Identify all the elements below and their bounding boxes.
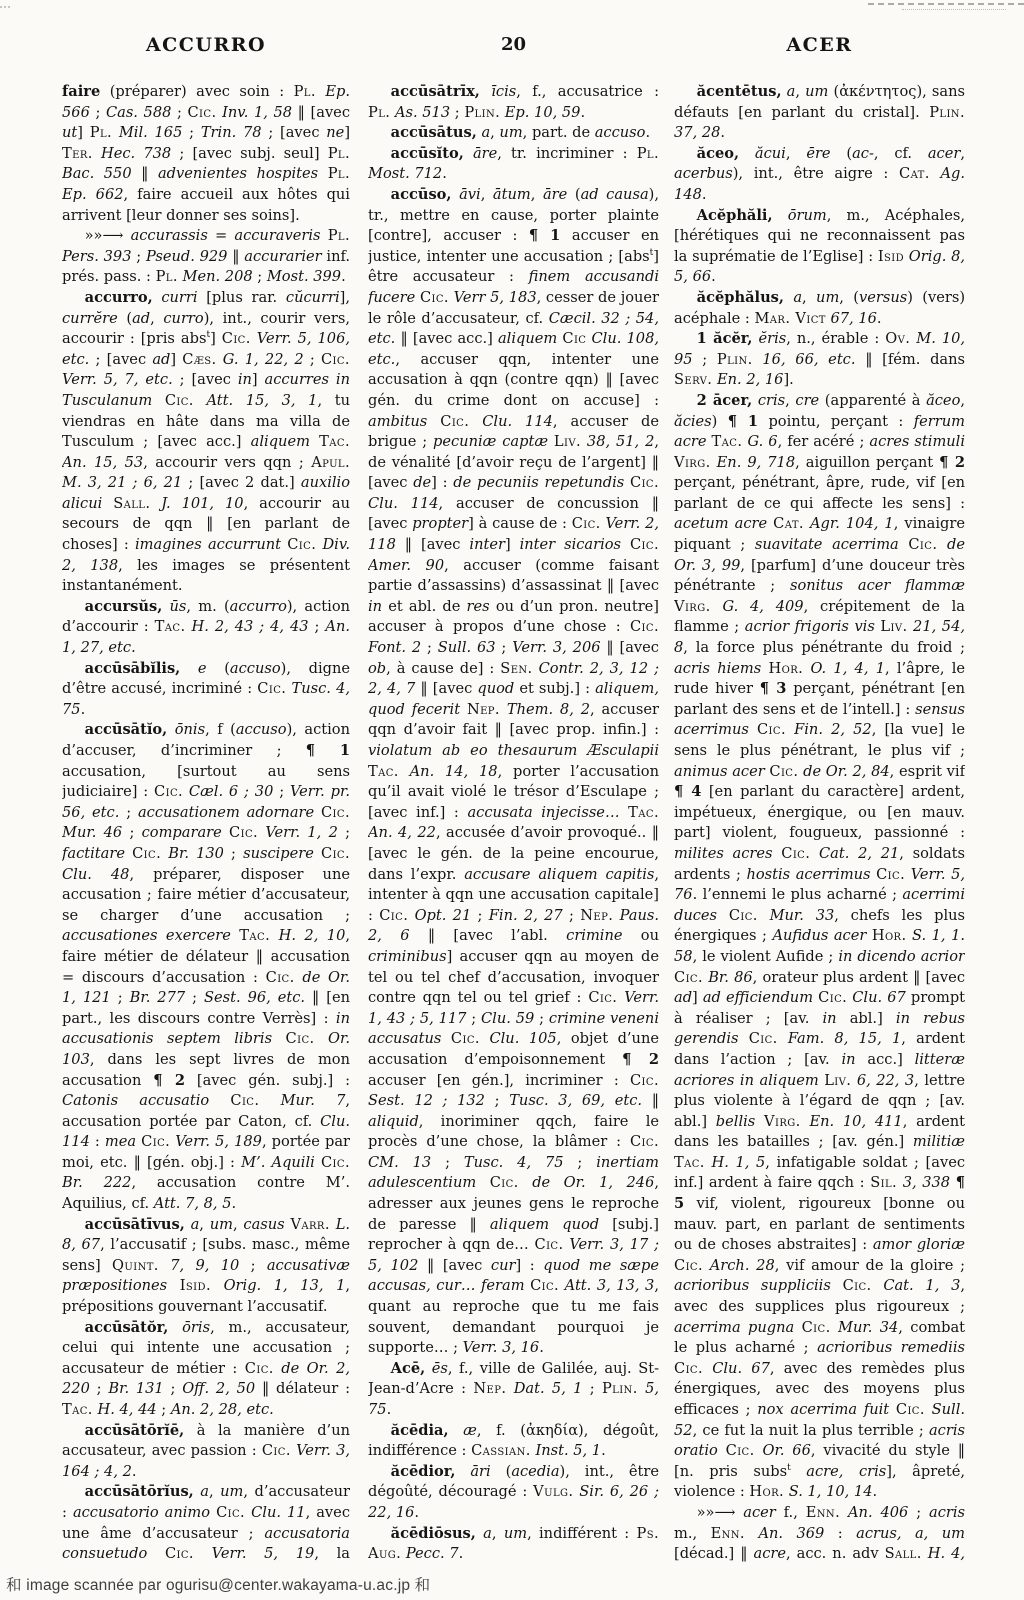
entry-acer-1: 1 ăcĕr, ĕris, n., érable : Ov. M. 10, 95… xyxy=(674,329,965,391)
running-head-right: ACER xyxy=(674,34,965,56)
entry-accurro: accurro, curri [plus rar. cŭcurri], curr… xyxy=(62,288,350,597)
text-column-3: ăcentētus, a, um (ἀκέντητος), sans défau… xyxy=(674,82,965,1564)
entry-accusator: accūsātŏr, ōris, m., accusateur, celui q… xyxy=(62,1318,350,1421)
entry-accuro-continuation: faire (préparer) avec soin : Pl. Ep. 566… xyxy=(62,82,350,226)
note-accurassis: »»⟶ accurassis = accuraveris Pl. Pers. 3… xyxy=(62,226,350,288)
scan-artifact-line xyxy=(0,6,10,8)
page-number: 20 xyxy=(368,34,659,55)
text-column-1: faire (préparer) avec soin : Pl. Ep. 566… xyxy=(62,82,350,1564)
entry-acediosus: ăcēdiōsus, a, um, indifférent : Ps. Aug.… xyxy=(368,1524,659,1564)
entry-accuso: accūso, āvi, ātum, āre (ad causa), tr., … xyxy=(368,185,659,1359)
text-column-2: accūsātrīx, īcis, f., accusatrice : Pl. … xyxy=(368,82,659,1564)
entry-acedior: ăcēdior, āri (acedia), int., être dégoût… xyxy=(368,1462,659,1524)
scan-artifact-line xyxy=(902,9,1006,10)
entry-accusatio: accūsātĭo, ōnis, f (accuso), action d’ac… xyxy=(62,720,350,1214)
entry-acentetus: ăcentētus, a, um (ἀκέντητος), sans défau… xyxy=(674,82,965,144)
entry-accusatrix: accūsātrīx, īcis, f., accusatrice : Pl. … xyxy=(368,82,659,123)
entry-accusatorie: accūsātōrĭē, à la manière d’un accusateu… xyxy=(62,1421,350,1483)
scan-artifact-line xyxy=(868,3,1024,5)
entry-accusatus: accūsātus, a, um, part. de accuso. xyxy=(368,123,659,144)
entry-acephalus: ăcĕphălus, a, um, (versus) (vers) acépha… xyxy=(674,288,965,329)
note-acer-forms: »»⟶ acer f., Enn. An. 406 ; acris m., En… xyxy=(674,1503,965,1564)
entry-acedia: ăcēdia, æ, f. (ἀκηδία), dégoût, indiffér… xyxy=(368,1421,659,1462)
entry-accusativus: accūsātīvus, a, um, casus Varr. L. 8, 67… xyxy=(62,1215,350,1318)
entry-acer-2: 2 ācer, cris, cre (apparenté à ăceo, ăci… xyxy=(674,391,965,1503)
scanned-dictionary-page: ACCURRO 20 ACER faire (préparer) avec so… xyxy=(0,0,1024,1600)
entry-ace: Acē, ēs, f., ville de Galilée, auj. St-J… xyxy=(368,1359,659,1421)
entry-accursus: accursŭs, ūs, m. (accurro), action d’acc… xyxy=(62,597,350,659)
entry-accusito: accūsĭto, āre, tr. incriminer : Pl. Most… xyxy=(368,144,659,185)
entry-accusabilis: accūsābĭlis, e (accuso), digne d’être ac… xyxy=(62,659,350,721)
entry-accusatorius: accūsātōrĭus, a, um, d’accusateur : accu… xyxy=(62,1482,350,1564)
scanner-watermark: 和 image scannée par ogurisu@center.wakay… xyxy=(6,1573,430,1595)
entry-acephali: Acĕphăli, ōrum, m., Acéphales, [hérétiqu… xyxy=(674,206,965,288)
running-head-left: ACCURRO xyxy=(62,34,350,56)
entry-aceo: ăceo, ăcui, ēre (ac-, cf. acer, acerbus)… xyxy=(674,144,965,206)
